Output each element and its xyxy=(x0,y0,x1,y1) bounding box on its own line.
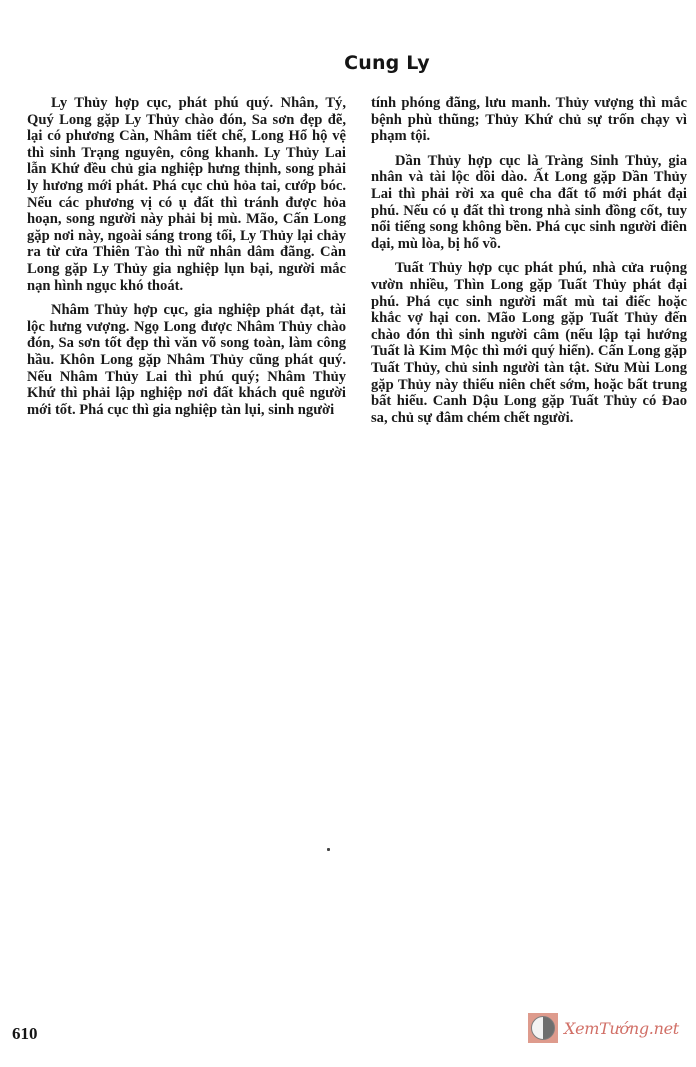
page-number: 610 xyxy=(12,1024,38,1044)
paragraph-ly-thuy: Ly Thủy hợp cục, phát phú quý. Nhân, Tý,… xyxy=(27,95,346,294)
scan-speck xyxy=(327,848,330,851)
paragraph-dan-thuy: Dần Thủy hợp cục là Tràng Sinh Thủy, gia… xyxy=(371,153,687,253)
paragraph-continuation: tính phóng đãng, lưu manh. Thủy vượng th… xyxy=(371,95,687,145)
paragraph-nham-thuy: Nhâm Thủy hợp cục, gia nghiệp phát đạt, … xyxy=(27,302,346,418)
left-column: Ly Thủy hợp cục, phát phú quý. Nhân, Tý,… xyxy=(27,95,346,426)
right-column: tính phóng đãng, lưu manh. Thủy vượng th… xyxy=(371,95,687,434)
watermark-logo: XemTướng.net xyxy=(528,1013,679,1043)
paragraph-tuat-thuy: Tuất Thủy hợp cục phát phú, nhà cửa ruộn… xyxy=(371,260,687,426)
watermark-text: XemTướng.net xyxy=(564,1019,679,1038)
page-title: Cung Ly xyxy=(0,52,696,74)
yin-yang-icon xyxy=(528,1013,558,1043)
